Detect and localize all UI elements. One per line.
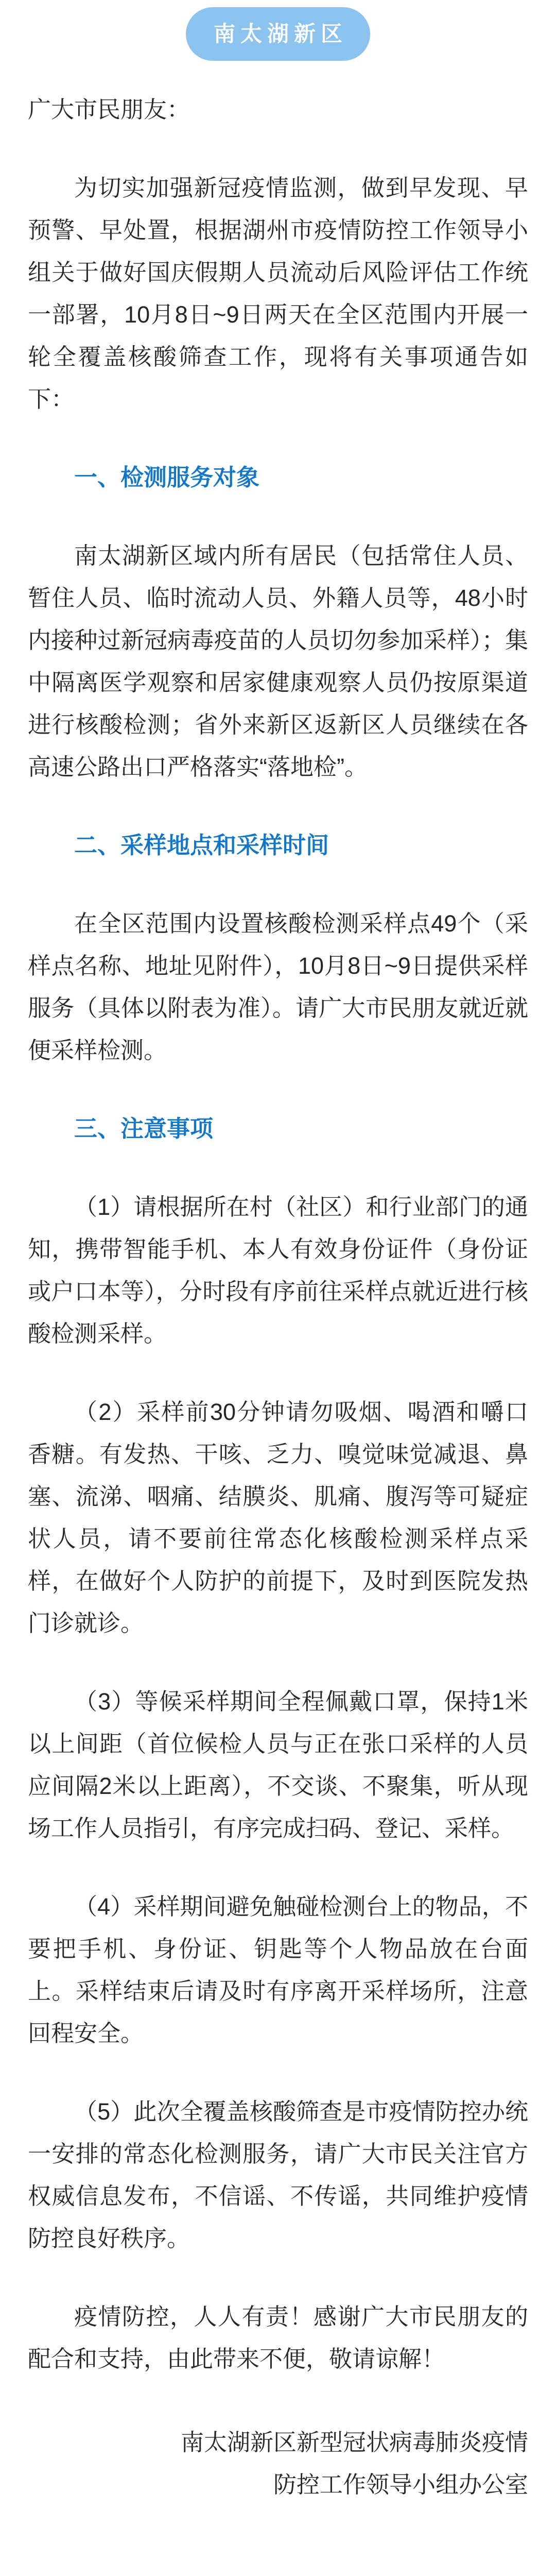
intro-paragraph: 为切实加强新冠疫情监测，做到早发现、早预警、早处置，根据湖州市疫情防控工作领导小… [28, 167, 528, 420]
region-badge: 南太湖新区 [186, 7, 370, 61]
notice-article: 南太湖新区 广大市民朋友： 为切实加强新冠疫情监测，做到早发现、早预警、早处置，… [0, 0, 556, 2506]
signature-line-1: 南太湖新区新型冠状病毒肺炎疫情 [28, 2421, 528, 2464]
section-heading-2: 二、采样地点和采样时间 [28, 824, 528, 867]
closing-paragraph: 疫情防控，人人有责！感谢广大市民朋友的配合和支持，由此带来不便，敬请谅解！ [28, 2296, 528, 2380]
section-heading-1: 一、检测服务对象 [28, 456, 528, 499]
signature-block: 南太湖新区新型冠状病毒肺炎疫情 防控工作领导小组办公室 [28, 2421, 528, 2506]
notice-item-1: （1）请根据所在村（社区）和行业部门的通知，携带智能手机、本人有效身份证件（身份… [28, 1186, 528, 1355]
notice-item-4: （4）采样期间避免触碰检测台上的物品，不要把手机、身份证、钥匙等个人物品放在台面… [28, 1886, 528, 2055]
notice-item-5: （5）此次全覆盖核酸筛查是市疫情防控办统一安排的常态化检测服务，请广大市民关注官… [28, 2091, 528, 2260]
section-heading-3: 三、注意事项 [28, 1108, 528, 1150]
notice-item-3: （3）等候采样期间全程佩戴口罩，保持1米以上间距（首位候检人员与正在张口采样的人… [28, 1681, 528, 1850]
section-1-paragraph: 南太湖新区域内所有居民（包括常住人员、暂住人员、临时流动人员、外籍人员等，48小… [28, 535, 528, 788]
section-2-paragraph: 在全区范围内设置核酸检测采样点49个（采样点名称、地址见附件），10月8日~9日… [28, 903, 528, 1072]
greeting-line: 广大市民朋友： [28, 89, 528, 131]
notice-item-2: （2）采样前30分钟请勿吸烟、喝酒和嚼口香糖。有发热、干咳、乏力、嗅觉味觉减退、… [28, 1391, 528, 1645]
signature-line-2: 防控工作领导小组办公室 [28, 2464, 528, 2506]
badge-row: 南太湖新区 [28, 7, 528, 61]
